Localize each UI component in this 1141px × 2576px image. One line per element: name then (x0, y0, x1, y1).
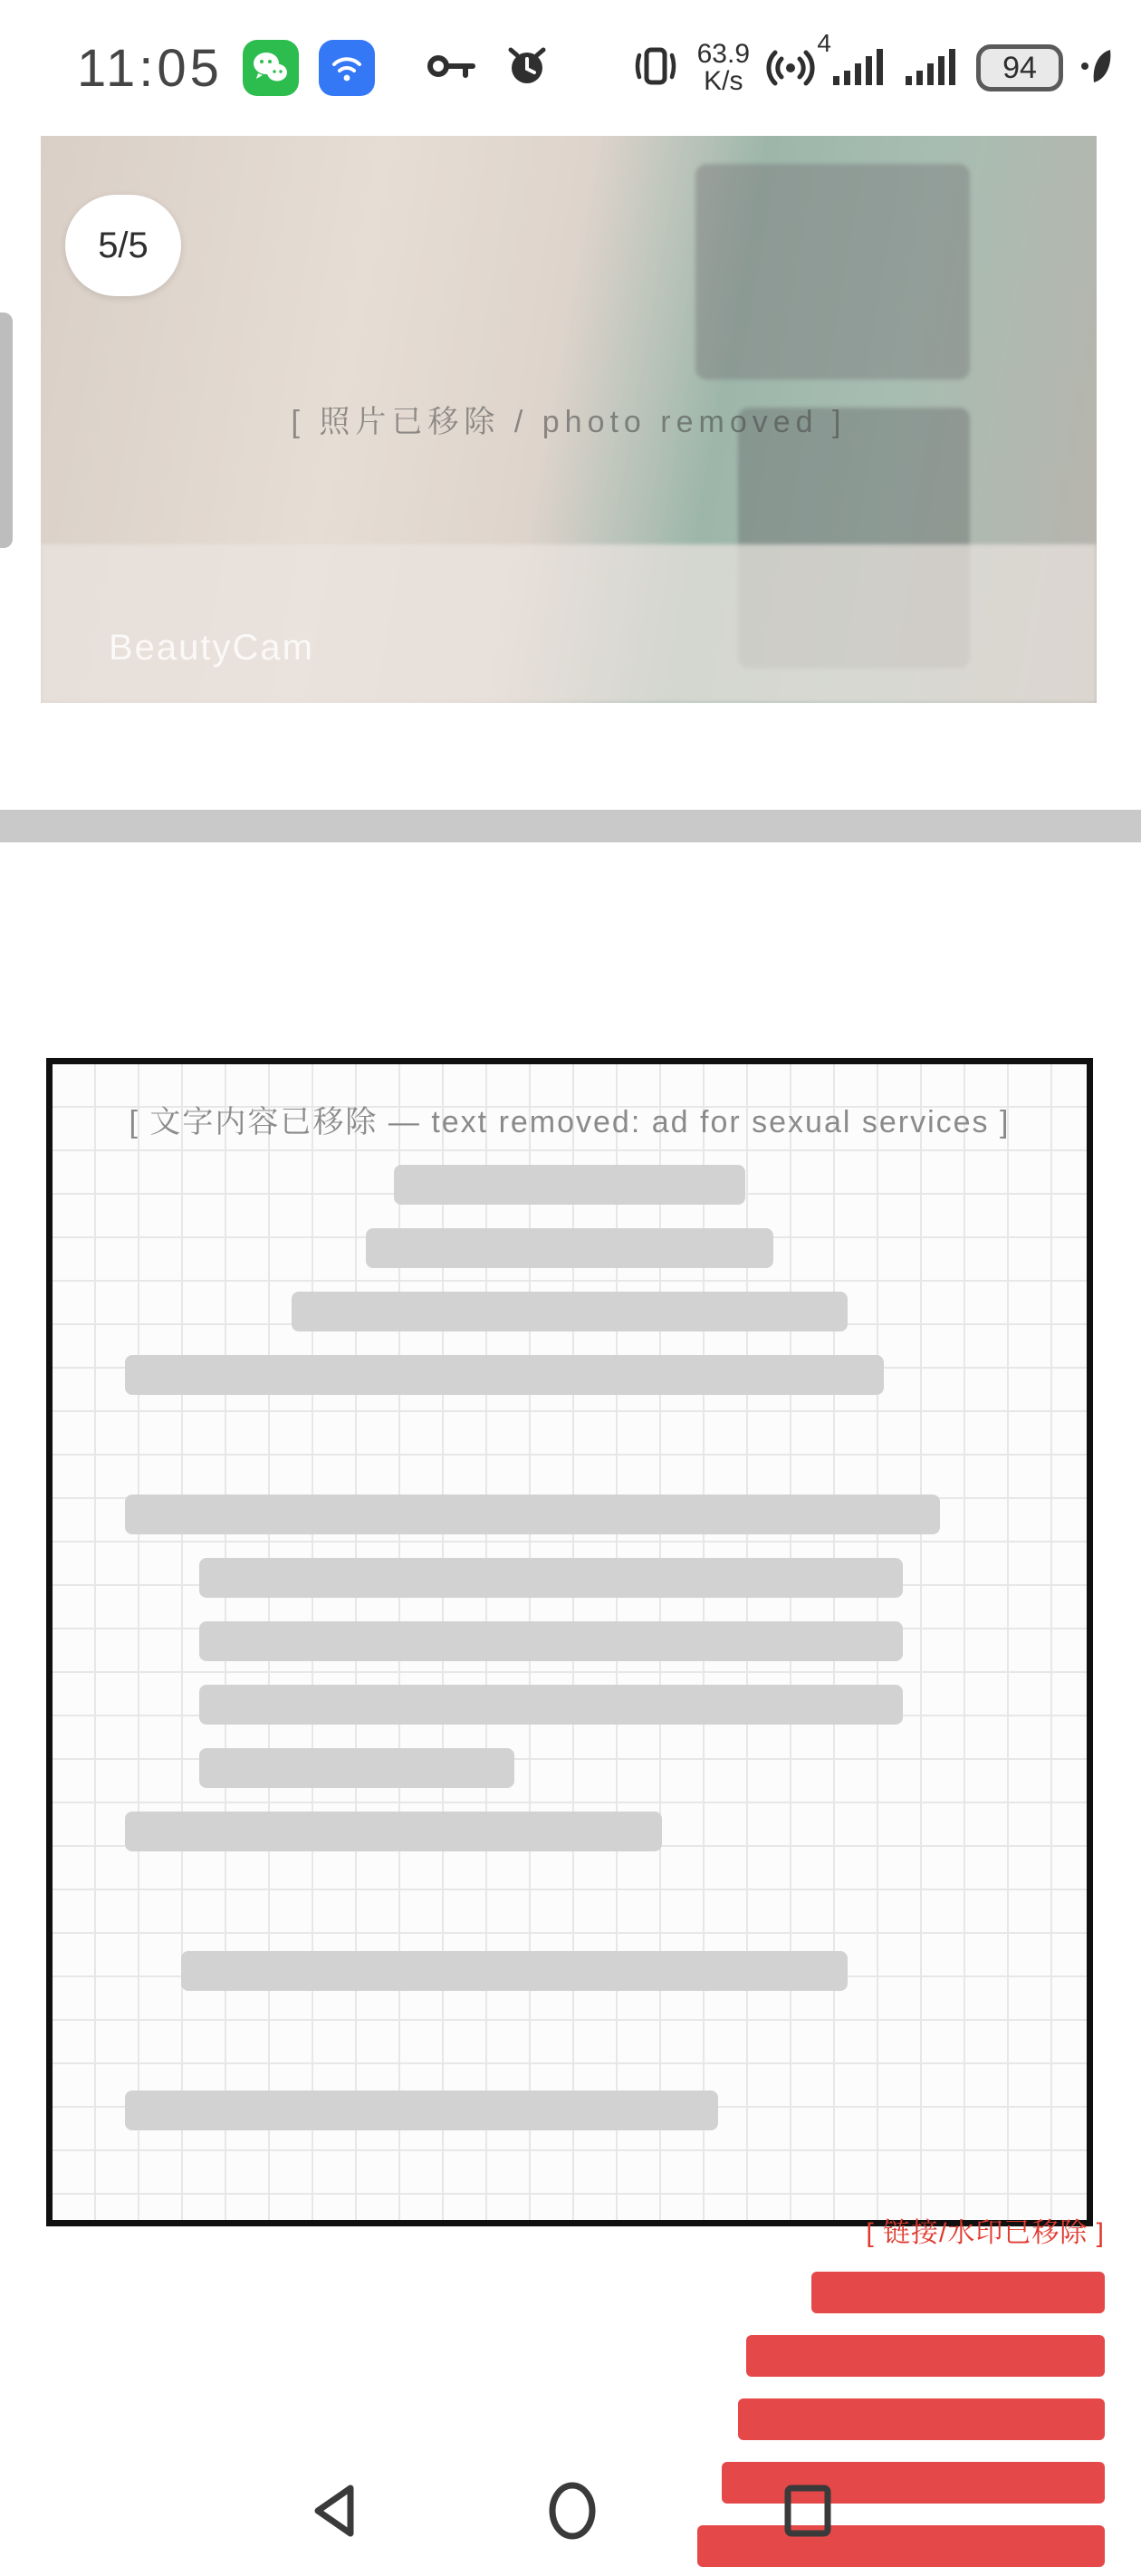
phone-screen: 11:05 (0, 0, 1141, 2576)
redacted-text-line (125, 1495, 939, 1534)
redacted-text-line (199, 1748, 513, 1788)
page-indicator-badge: 5/5 (65, 195, 181, 296)
red-redaction-notice: [ 链接/水印已移除 ] (697, 2210, 1105, 2250)
redacted-text-line (125, 1812, 662, 1851)
alarm-icon (502, 43, 552, 94)
redacted-text-line (199, 1621, 903, 1661)
hotspot-count: 4 (817, 29, 831, 58)
card-redaction-notice: [ 文字内容已移除 — text removed: ad for sexual … (107, 1097, 1032, 1141)
back-button[interactable] (299, 2475, 371, 2547)
scrollbar[interactable] (0, 312, 13, 548)
photo-shape-placeholder (695, 164, 970, 380)
redacted-red-line (746, 2335, 1105, 2377)
wifi-share-icon (319, 40, 375, 96)
key-icon (426, 46, 478, 91)
wechat-icon (243, 40, 299, 96)
redacted-red-line (811, 2272, 1105, 2313)
hotspot-icon: 4 (766, 42, 815, 95)
home-button[interactable] (536, 2475, 609, 2547)
recents-button[interactable] (772, 2475, 844, 2547)
photo-shape-placeholder (41, 544, 1097, 703)
vibrate-icon (630, 41, 681, 96)
battery-indicator: 94 (976, 44, 1063, 91)
blank-line (107, 2014, 1032, 2067)
blank-line (107, 1875, 1032, 1927)
beautycam-watermark: BeautyCam (109, 628, 314, 668)
gallery-photo[interactable]: [ 照片已移除 / photo removed ] BeautyCam (41, 136, 1097, 703)
network-speed-indicator: 63.9 K/s (697, 41, 750, 95)
redacted-text-line (199, 1558, 903, 1598)
android-nav-bar (0, 2440, 1141, 2576)
section-divider (0, 810, 1141, 842)
redacted-text-line (181, 1951, 848, 1991)
signal-bars-1 (831, 43, 887, 93)
redacted-text-line (125, 1355, 884, 1395)
signal-bars-2 (904, 43, 960, 93)
blank-line (107, 1418, 1032, 1471)
redacted-text-line (366, 1228, 773, 1268)
photo-redaction-note: [ 照片已移除 / photo removed ] (41, 397, 1097, 441)
redacted-text-line (125, 2091, 717, 2130)
redacted-text-line (199, 1685, 903, 1725)
status-bar: 11:05 (0, 0, 1141, 136)
service-card-redacted: [ 文字内容已移除 — text removed: ad for sexual … (46, 1058, 1093, 2226)
clock-text: 11:05 (77, 38, 223, 99)
redacted-text-line (394, 1165, 745, 1205)
redacted-text-line (292, 1292, 847, 1331)
redacted-red-line (738, 2398, 1105, 2440)
power-save-leaf-icon (1079, 44, 1116, 92)
